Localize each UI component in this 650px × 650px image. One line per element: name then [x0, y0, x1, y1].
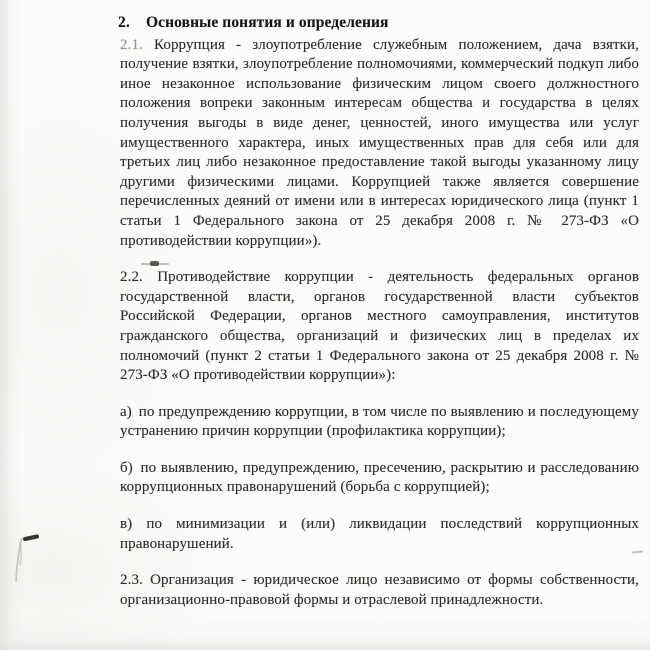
- paragraph-2-3: 2.3. Организация - юридическое лицо неза…: [120, 571, 639, 610]
- paragraph-number: 2.3.: [120, 572, 143, 588]
- list-item-text: по выявлению, предупреждению, пресечению…: [120, 460, 639, 496]
- document-page: 2.Основные понятия и определения 2.1. Ко…: [0, 0, 650, 650]
- paragraph-number: 2.2.: [120, 269, 143, 285]
- list-item-a: а) по предупреждению коррупции, в том чи…: [120, 403, 639, 442]
- paragraph-text: Коррупция - злоупотребление служебным по…: [120, 37, 639, 249]
- list-item-text: по минимизации и (или) ликвидации послед…: [120, 516, 639, 552]
- scan-edge-dash: [632, 551, 643, 554]
- list-marker: в): [120, 516, 132, 532]
- list-marker: а): [120, 404, 135, 420]
- section-number: 2.: [118, 13, 146, 33]
- scan-smudge-mark: [141, 263, 169, 265]
- list-item-v: в) по минимизации и (или) ликвидации пос…: [120, 515, 639, 554]
- paragraph-text: Организация - юридическое лицо независим…: [120, 572, 639, 608]
- text-column: 2.Основные понятия и определения 2.1. Ко…: [120, 13, 639, 610]
- list-item-b: б) по выявлению, предупреждению, пресече…: [120, 459, 639, 498]
- list-item-text: по предупреждению коррупции, в том числе…: [120, 404, 639, 440]
- pen-ink-mark: [8, 520, 48, 590]
- paragraph-text: Противодействие коррупции - деятельность…: [120, 269, 639, 383]
- list-marker: б): [120, 460, 136, 476]
- paragraph-2-2: 2.2. Противодействие коррупции - деятель…: [120, 268, 639, 386]
- section-title: Основные понятия и определения: [146, 13, 389, 33]
- paragraph-number: 2.1.: [120, 37, 143, 53]
- paragraph-2-1: 2.1. Коррупция - злоупотребление служебн…: [120, 36, 639, 252]
- section-heading: 2.Основные понятия и определения: [120, 13, 639, 33]
